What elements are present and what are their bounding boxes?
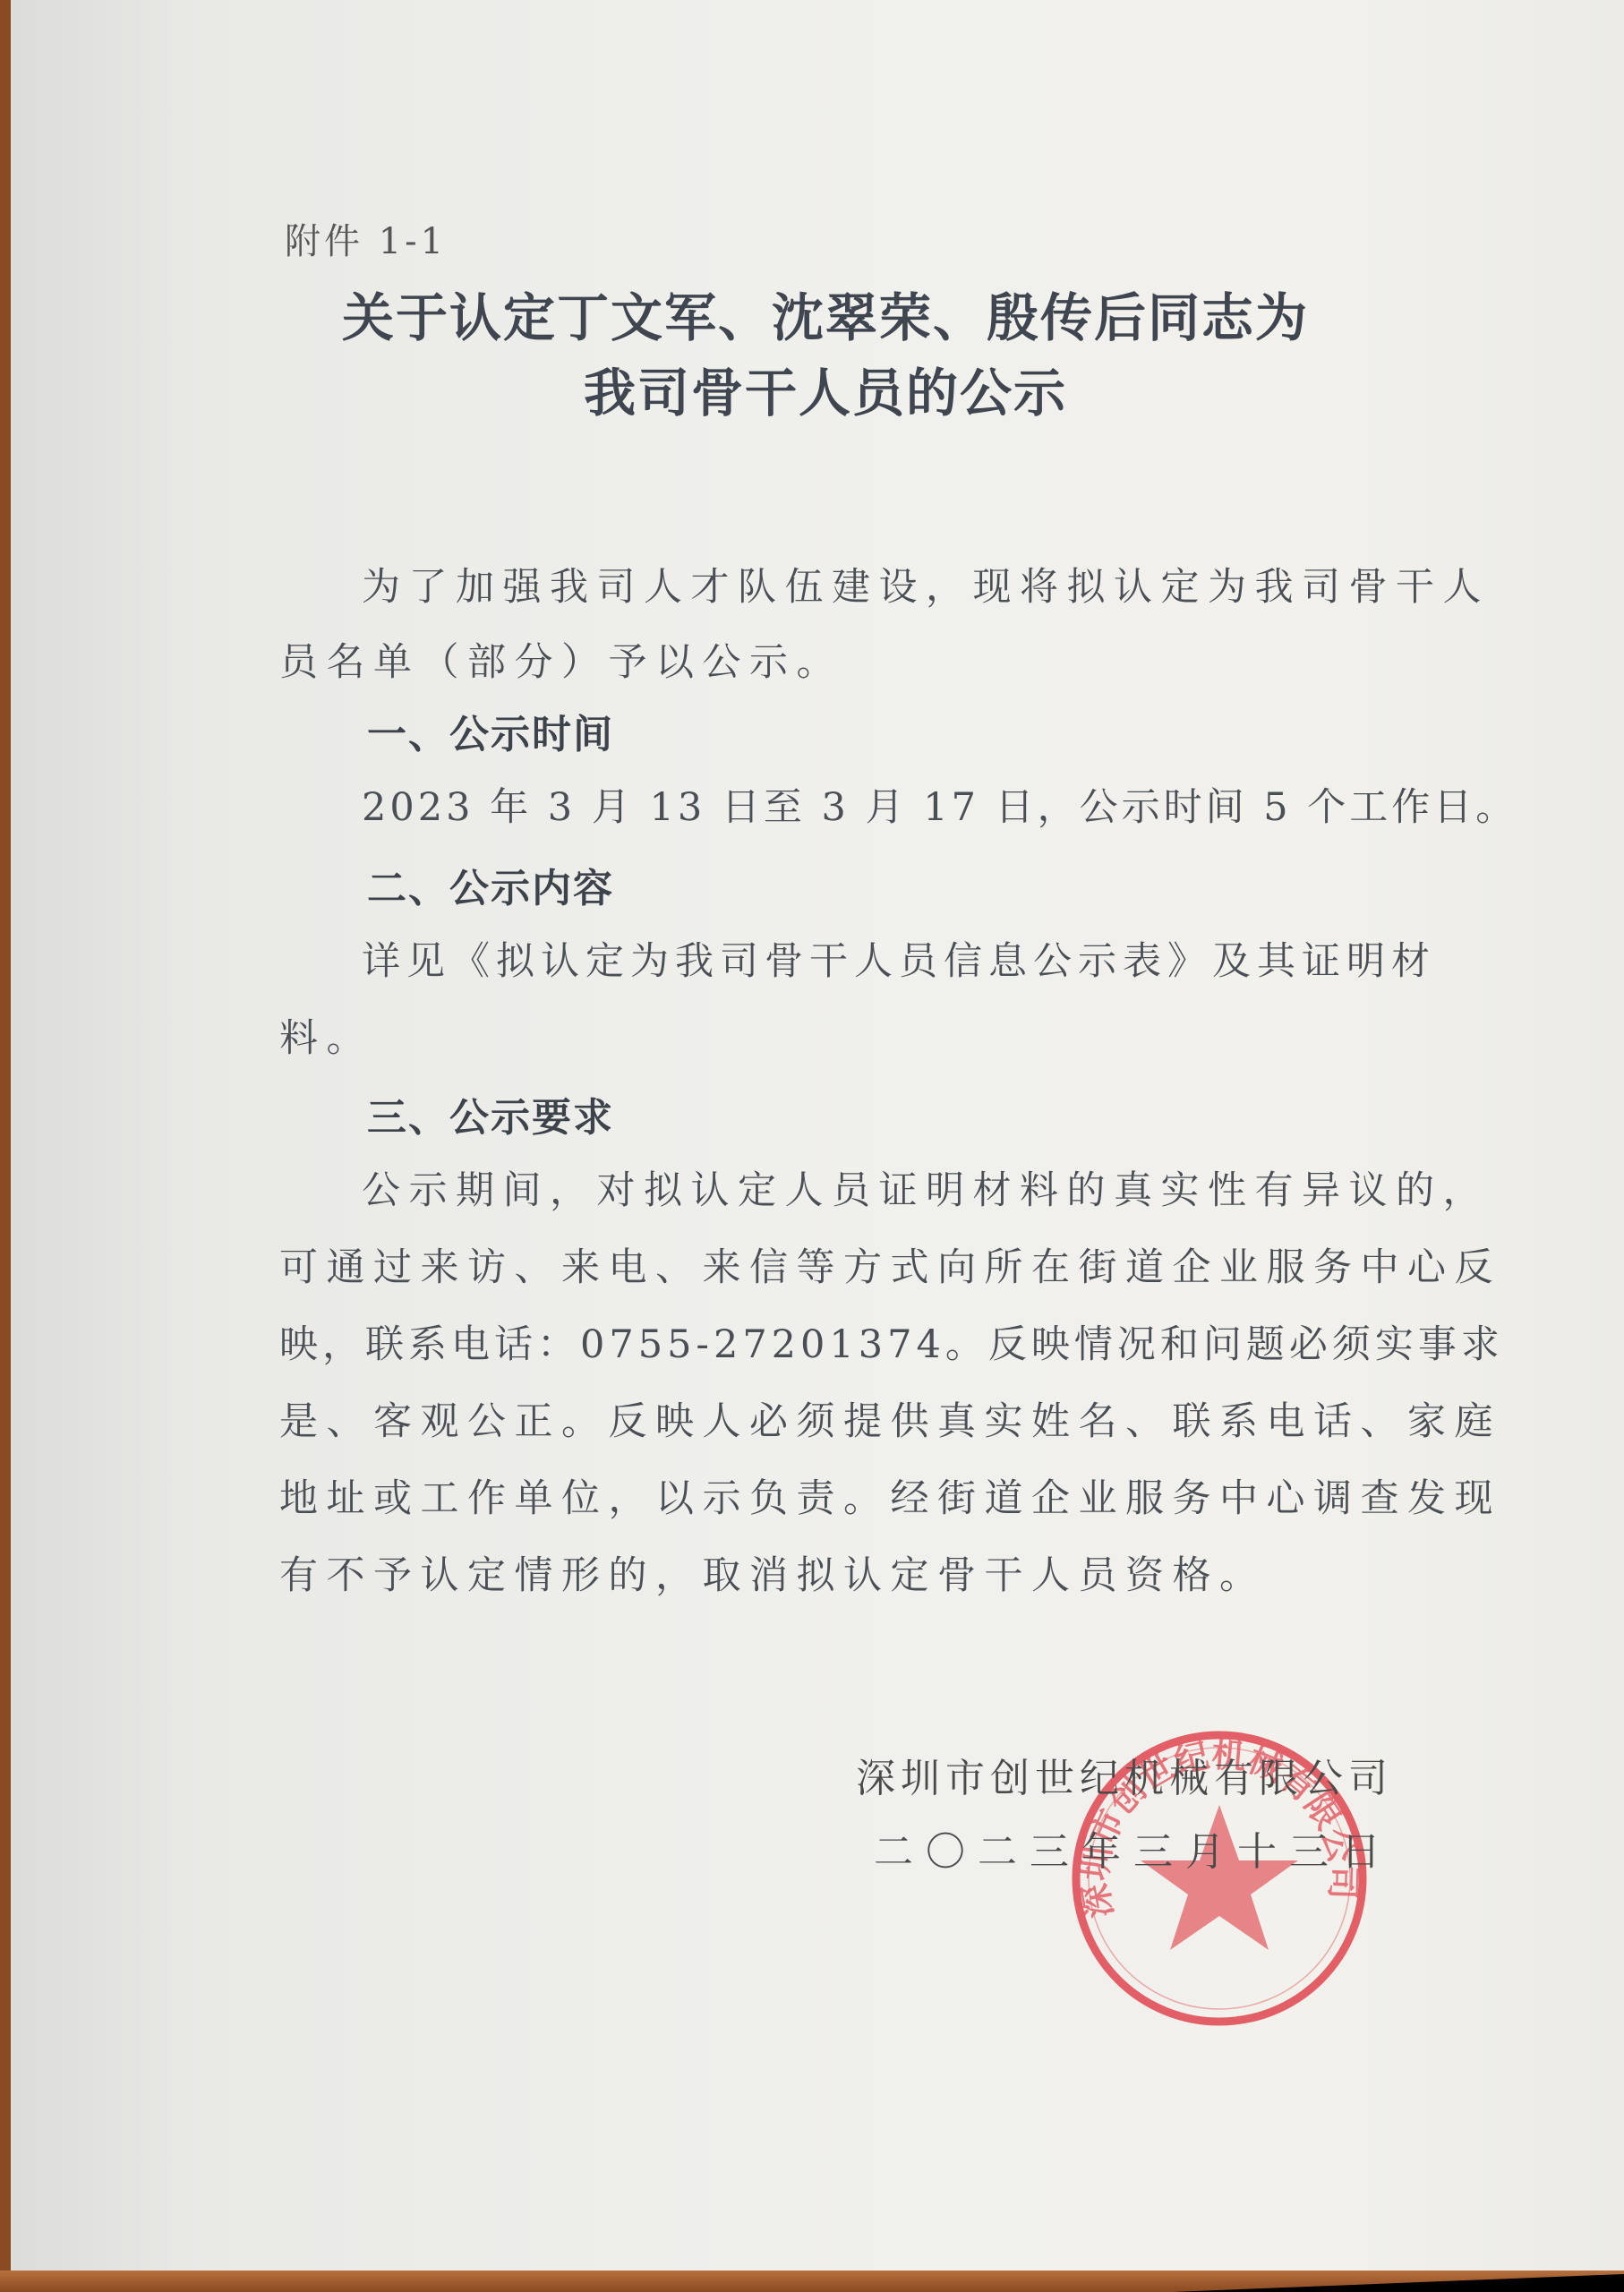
section-content-line-1: 详见《拟认定为我司骨干人员信息公示表》及其证明材 xyxy=(362,931,1494,986)
document-title-line-2: 我司骨干人员的公示 xyxy=(270,351,1380,426)
document-paper: 附件 1-1 关于认定丁文军、沈翠荣、殷传后同志为 我司骨干人员的公示 为了加强… xyxy=(11,0,1624,2274)
section-heading-content: 二、公示内容 xyxy=(367,856,614,913)
section-req-line-6: 有不予认定情形的，取消拟认定骨干人员资格。 xyxy=(279,1545,1412,1600)
intro-line-2: 员名单（部分）予以公示。 xyxy=(279,632,1412,687)
section-heading-requirements: 三、公示要求 xyxy=(367,1085,614,1142)
intro-line-1: 为了加强我司人才队伍建设，现将拟认定为我司骨干人 xyxy=(362,557,1494,611)
section-req-line-1: 公示期间，对拟认定人员证明材料的真实性有异议的， xyxy=(362,1160,1494,1215)
section-req-line-4: 是、客观公正。反映人必须提供真实姓名、联系电话、家庭 xyxy=(279,1391,1412,1446)
section-req-line-3: 映，联系电话：0755-27201374。反映情况和问题必须实事求 xyxy=(279,1314,1412,1369)
attachment-label: 附件 1-1 xyxy=(285,213,447,264)
section-req-line-5: 地址或工作单位，以示负责。经街道企业服务中心调查发现 xyxy=(279,1468,1412,1523)
section-req-line-2: 可通过来访、来电、来信等方式向所在街道企业服务中心反 xyxy=(279,1237,1412,1292)
section-content-line-2: 料。 xyxy=(279,1008,1412,1063)
signature-company: 深圳市创世纪机械有限公司 xyxy=(856,1746,1393,1803)
section-time-line-1: 2023 年 3 月 13 日至 3 月 17 日，公示时间 5 个工作日。 xyxy=(362,777,1494,832)
signature-date: 二〇二三年三月十三日 xyxy=(874,1819,1393,1877)
document-title-line-1: 关于认定丁文军、沈翠荣、殷传后同志为 xyxy=(270,276,1380,351)
section-heading-time: 一、公示时间 xyxy=(367,702,614,759)
